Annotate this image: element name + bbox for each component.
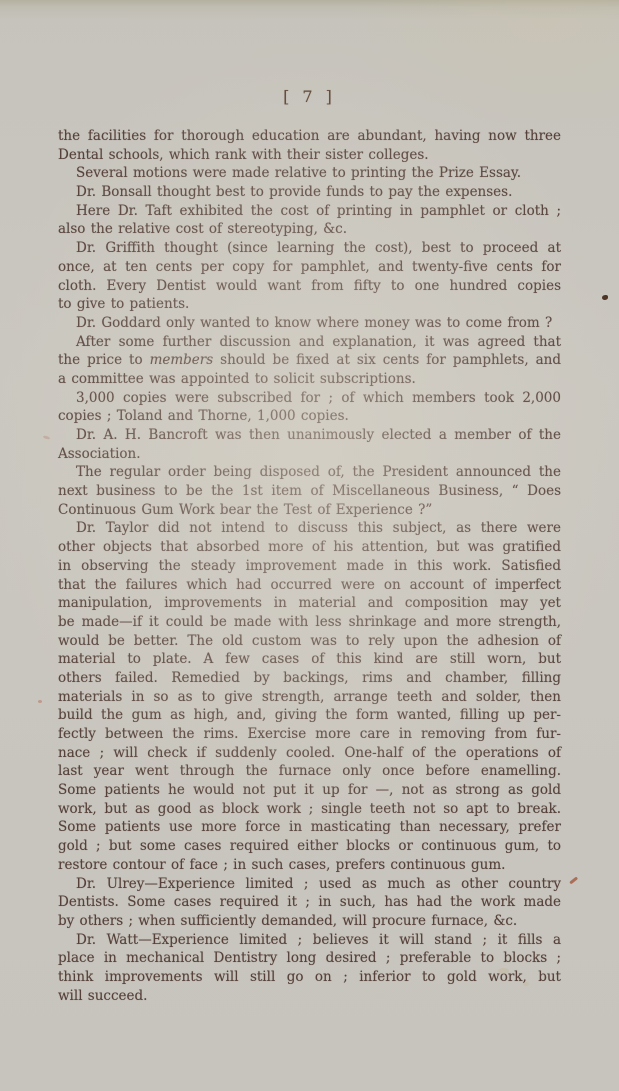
text-line: cloth. Every Dentist would want from fif… [58,277,561,296]
faint-margin-mark [38,700,42,703]
red-pencil-mark [569,876,578,884]
text-segment: the price to [58,352,150,368]
text-line: Dentists. Some cases required it ; in su… [58,893,561,912]
text-line: materials in so as to give strength, arr… [58,688,561,707]
text-line: Dr. Ulrey—Experience limited ; used as m… [58,875,561,894]
text-line: next business to be the 1st item of Misc… [58,482,561,501]
text-line: to give to patients. [58,295,561,314]
text-line: Several motions were made relative to pr… [58,164,561,183]
text-line: also the relative cost of stereotyping, … [58,220,561,239]
text-line: work, but as good as block work ; single… [58,800,561,819]
text-line: a committee was appointed to solicit sub… [58,370,561,389]
paragraph: After some further discussion and explan… [58,333,561,389]
paragraph: Dr. Griffith thought (since learning the… [58,239,561,314]
text-line: restore contour of face ; in such cases,… [58,856,561,875]
text-line: Dr. Goddard only wanted to know where mo… [58,314,561,333]
paragraph: Dr. A. H. Bancroft was then unanimously … [58,426,561,463]
paragraph: The regular order being disposed of, the… [58,463,561,519]
text-line: Dr. Griffith thought (since learning the… [58,239,561,258]
text-line: Dr. Bonsall thought best to provide fund… [58,183,561,202]
text-line: once, at ten cents per copy for pamphlet… [58,258,561,277]
italic-word: members [150,352,214,368]
text-line: in observing the steady improvement made… [58,557,561,576]
text-line: that the failures which had occurred wer… [58,576,561,595]
ink-speck [602,295,608,300]
paragraph: Dr. Watt—Experience limited ; believes i… [58,931,561,1006]
text-line: be made—if it could be made with less sh… [58,613,561,632]
text-line: After some further discussion and explan… [58,333,561,352]
paragraph: the facilities for thorough education ar… [58,127,561,164]
text-line: the price to members should be fixed at … [58,351,561,370]
paragraph: 3,000 copies were subscribed for ; of wh… [58,389,561,426]
text-line: Some patients use more force in masticat… [58,818,561,837]
text-line: Some patients he would not put it up for… [58,781,561,800]
text-line: the facilities for thorough education ar… [58,127,561,146]
text-line: Dr. Watt—Experience limited ; believes i… [58,931,561,950]
text-line: think improvements will still go on ; in… [58,968,561,987]
text-line: manipulation, improvements in material a… [58,594,561,613]
faint-margin-mark [43,435,51,440]
text-line: 3,000 copies were subscribed for ; of wh… [58,389,561,408]
text-line: gold ; but some cases required either bl… [58,837,561,856]
paragraph: Several motions were made relative to pr… [58,164,561,183]
text-line: place in mechanical Dentistry long desir… [58,949,561,968]
text-line: last year went through the furnace only … [58,762,561,781]
text-line: other objects that absorbed more of his … [58,538,561,557]
text-line: copies ; Toland and Thorne, 1,000 copies… [58,407,561,426]
text-line: Dr. A. H. Bancroft was then unanimously … [58,426,561,445]
text-line: material to plate. A few cases of this k… [58,650,561,669]
text-line: The regular order being disposed of, the… [58,463,561,482]
text-line: would be better. The old custom was to r… [58,632,561,651]
text-line: build the gum as high, and, giving the f… [58,706,561,725]
paragraph: Dr. Ulrey—Experience limited ; used as m… [58,875,561,931]
text-line: Association. [58,445,561,464]
paragraph: Here Dr. Taft exhibited the cost of prin… [58,202,561,239]
paragraph: Dr. Goddard only wanted to know where mo… [58,314,561,333]
text-line: nace ; will check if suddenly cooled. On… [58,744,561,763]
page-number: [ 7 ] [58,87,561,106]
text-line: by others ; when sufficiently demanded, … [58,912,561,931]
text-line: others failed. Remedied by backings, rim… [58,669,561,688]
text-line: Dental schools, which rank with their si… [58,146,561,165]
paragraph: Dr. Bonsall thought best to provide fund… [58,183,561,202]
text-line: will succeed. [58,987,561,1006]
text-line: Dr. Taylor did not intend to discuss thi… [58,519,561,538]
text-line: Here Dr. Taft exhibited the cost of prin… [58,202,561,221]
paragraph: Dr. Taylor did not intend to discuss thi… [58,519,561,874]
text-segment: should be fixed at six cents for pamphle… [213,352,561,368]
text-line: fectly between the rims. Exercise more c… [58,725,561,744]
text-line: Continuous Gum Work bear the Test of Exp… [58,501,561,520]
page-text: the facilities for thorough education ar… [58,127,561,1005]
